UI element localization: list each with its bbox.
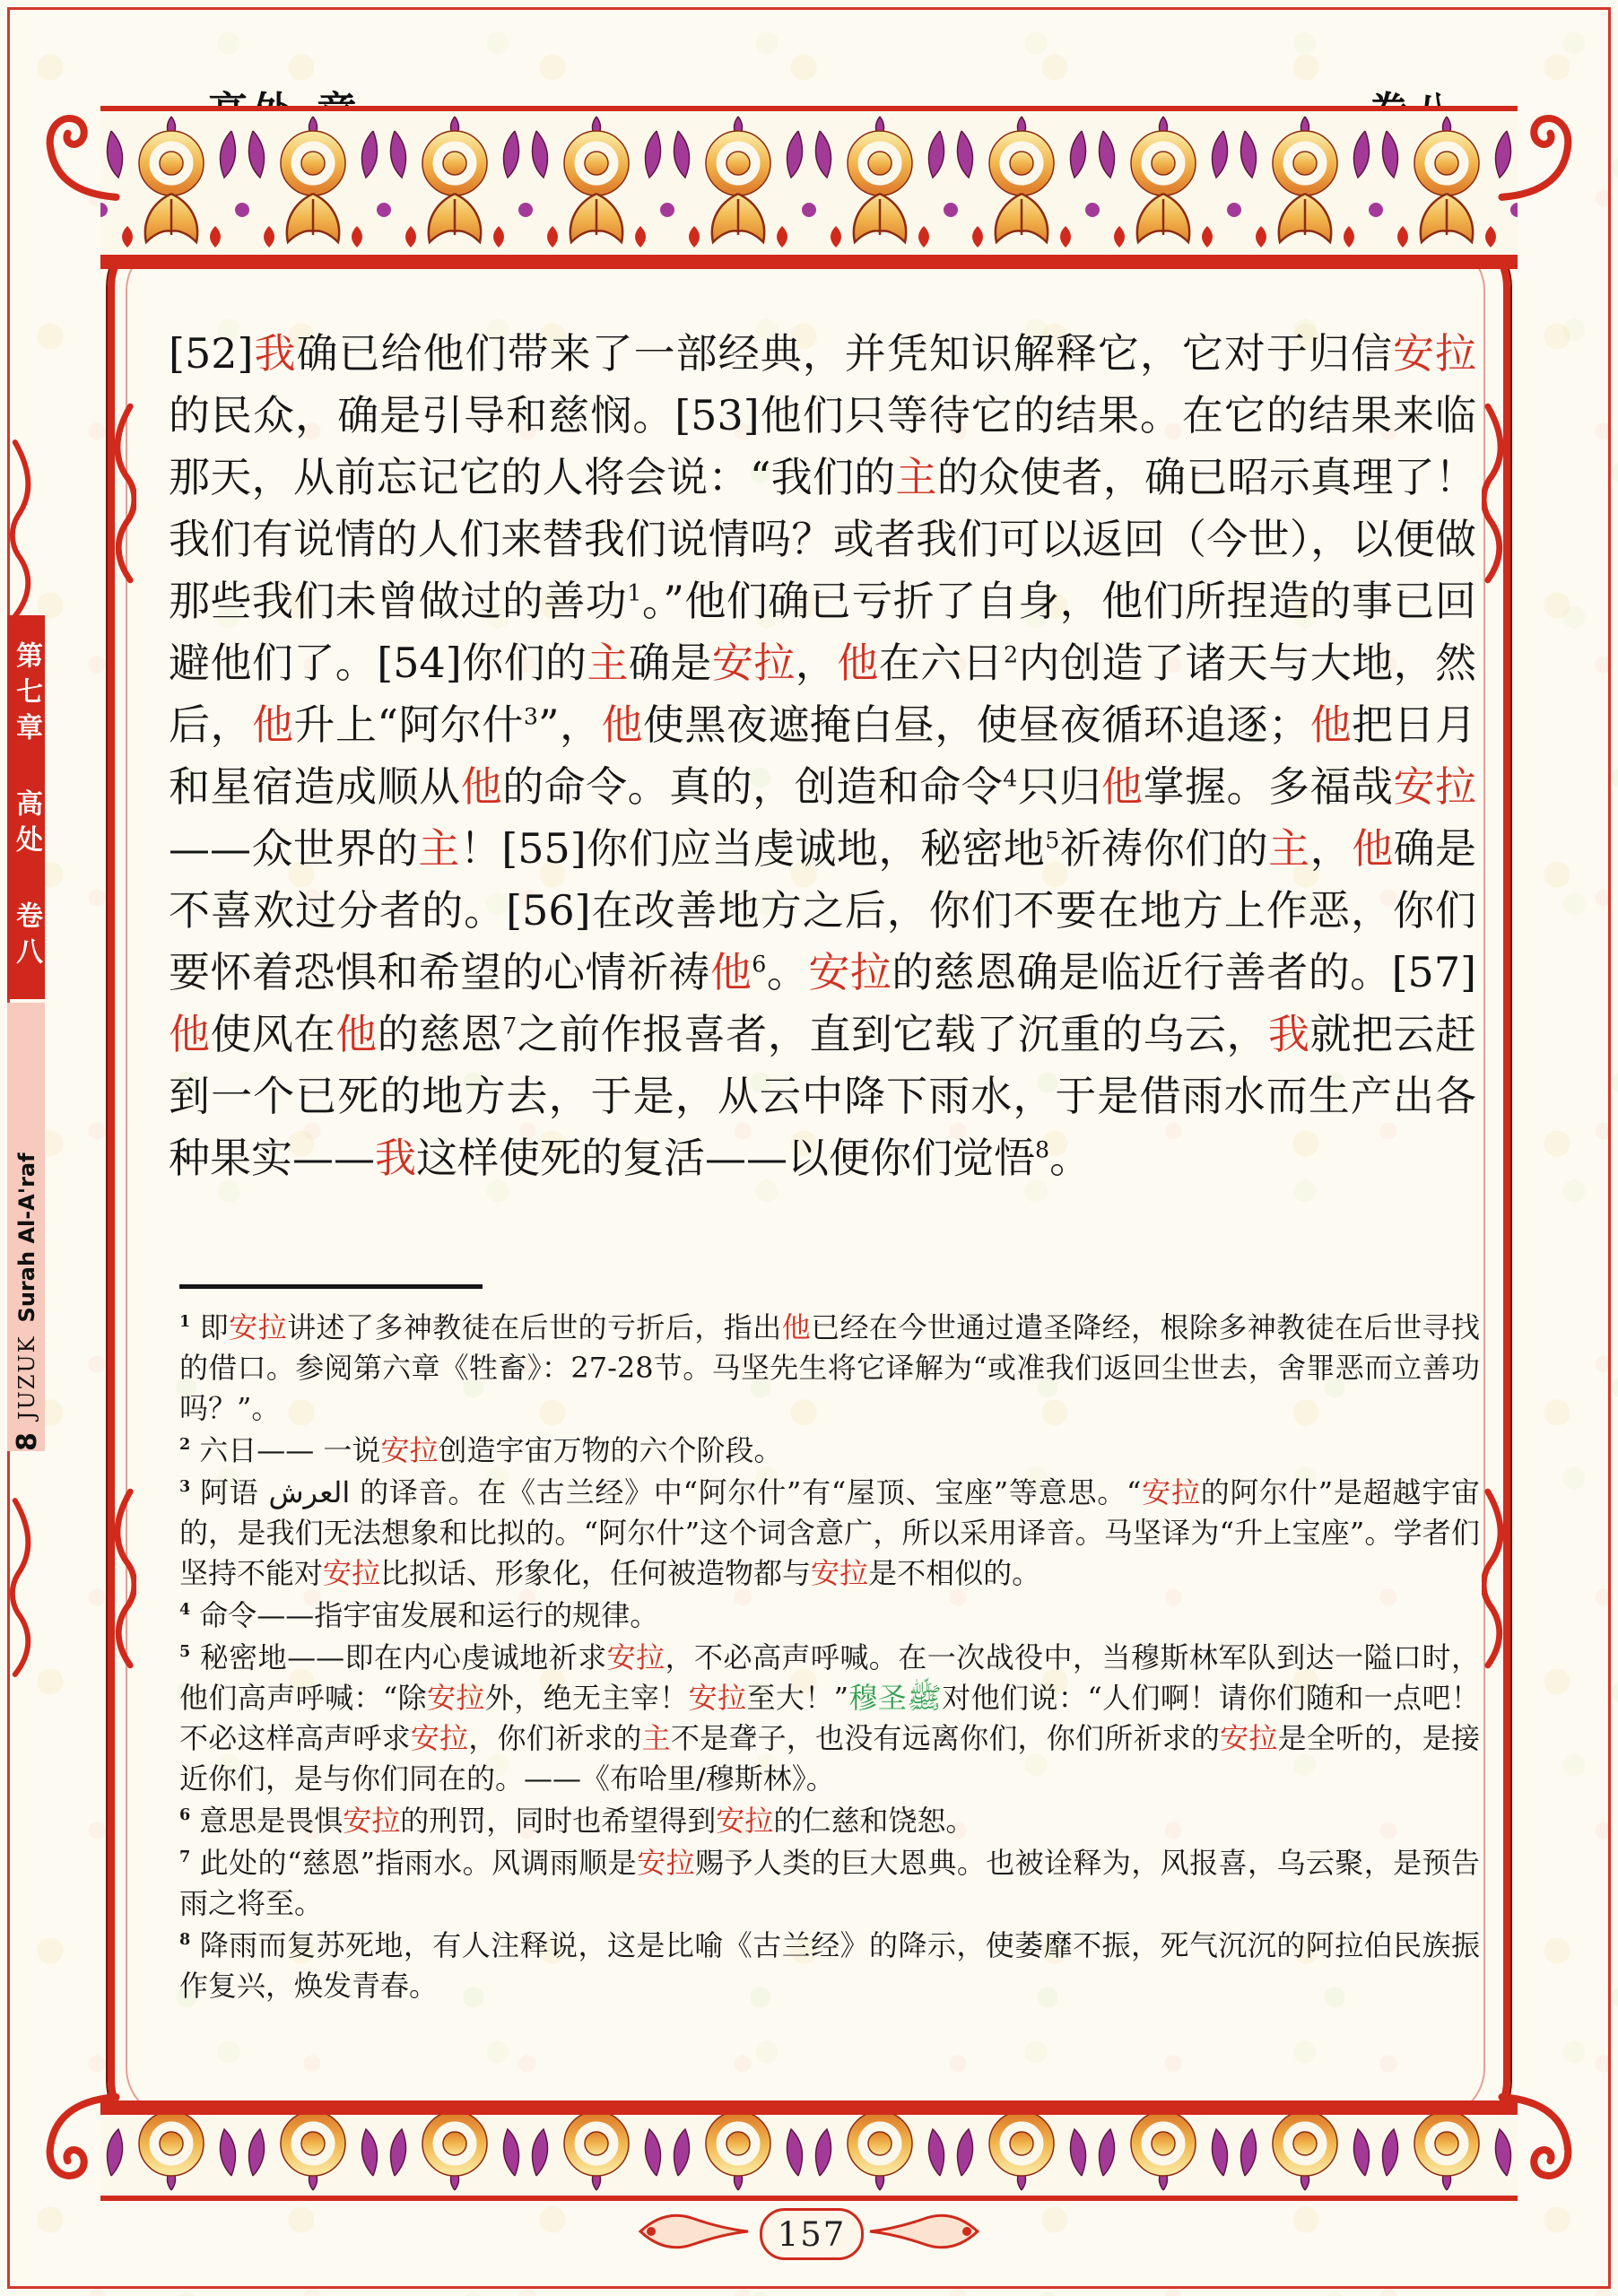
divine-name-red: 他 xyxy=(461,762,503,811)
surah-name: Surah Al-A'raf xyxy=(14,1152,39,1322)
divine-name-red: 他 xyxy=(1101,762,1144,811)
text-run: 只归 xyxy=(1017,762,1101,811)
juz-number: 8 xyxy=(12,1432,43,1451)
corner-scroll-icon xyxy=(39,106,120,204)
footnote-item: 2六日—— 一说安拉创造宇宙万物的六个阶段。 xyxy=(179,1431,1480,1471)
text-run: 的仁慈和饶恕。 xyxy=(773,1804,974,1838)
footnote-item: 8降雨而复苏死地，有人注释说，这是比喻《古兰经》的降示，使萎靡不振，死气沉沉的阿… xyxy=(179,1926,1480,2006)
text-run: ！[55]你们应当虔诚地，秘密地 xyxy=(460,824,1045,873)
flourish-wing-icon xyxy=(866,2205,983,2258)
divine-name-red: 安拉 xyxy=(637,1846,695,1880)
divine-name-red: 他 xyxy=(837,639,878,687)
text-run: 此处的“慈恩”指雨水。风调雨顺是 xyxy=(199,1846,637,1880)
divine-name-red: 安拉 xyxy=(427,1681,485,1715)
text-run: 至大！” xyxy=(746,1681,848,1715)
divine-name-red: 我 xyxy=(253,329,296,378)
divine-name-red: 安拉 xyxy=(380,1433,438,1467)
divine-name-red: 他 xyxy=(252,700,293,749)
divine-name-red: 安拉 xyxy=(716,1804,773,1838)
divine-name-red: 安拉 xyxy=(1141,1475,1200,1509)
divine-name-red: 我 xyxy=(375,1134,416,1182)
text-run: 升上“阿尔什 xyxy=(293,700,523,749)
text-run: ， xyxy=(796,639,837,687)
book-page: 高处 章 卷八 第七章 高处 卷八 8 JUZUK Surah Al-A'raf… xyxy=(0,0,1618,2296)
text-run: 即 xyxy=(199,1310,229,1344)
divine-name-red: 他 xyxy=(169,1010,211,1058)
vine-ornament-icon xyxy=(106,1471,136,1686)
vine-ornament-icon xyxy=(106,386,136,601)
footnote-ref-sup: 4 xyxy=(1003,766,1017,792)
text-run: 的刑罚，同时也希望得到 xyxy=(400,1804,716,1838)
top-arabesque-band xyxy=(100,106,1518,269)
divine-name-red: 主 xyxy=(418,824,459,873)
footnote-ref-sup: 7 xyxy=(502,1013,517,1039)
footnote-item: 3阿语 العرش 的译音。在《古兰经》中“阿尔什”有“屋顶、宝座”等意思。“安… xyxy=(179,1473,1480,1594)
prophet-honorific-green: 穆圣ﷺ xyxy=(848,1681,942,1715)
text-run: ， xyxy=(1310,824,1352,873)
divine-name-red: 安拉 xyxy=(607,1640,665,1674)
text-run: 六日—— 一说 xyxy=(199,1433,380,1467)
text-run: 掌握。多福哉 xyxy=(1143,762,1393,811)
vine-ornament-icon xyxy=(1482,1471,1512,1686)
footnote-number: 8 xyxy=(179,1930,190,1949)
divine-name-red: 他 xyxy=(335,1010,378,1058)
footnote-number: 4 xyxy=(179,1600,190,1619)
text-run: 。 xyxy=(766,948,808,996)
text-run: 使黑夜遮掩白昼，使昼夜循环追逐； xyxy=(643,700,1309,749)
divine-name-red: 安拉 xyxy=(811,1556,868,1590)
footnote-ref-sup: 6 xyxy=(752,952,766,978)
text-run: ”， xyxy=(538,700,601,749)
corner-scroll-icon xyxy=(1498,2090,1579,2188)
divine-name-red: 安拉 xyxy=(712,639,796,687)
text-run: 这样使死的复活——以便你们觉悟 xyxy=(416,1134,1035,1182)
footnote-item: 7此处的“慈恩”指雨水。风调雨顺是安拉赐予人类的巨大恩典。也被诠释为，风报喜，乌… xyxy=(179,1843,1480,1924)
footnote-item: 5秘密地——即在内心虔诚地祈求安拉，不必高声呼喊。在一次战役中，当穆斯林军队到达… xyxy=(179,1638,1480,1799)
text-run: 阿语 العرش 的译音。在《古兰经》中“阿尔什”有“屋顶、宝座”等意思。“ xyxy=(199,1475,1141,1509)
divine-name-red: 安拉 xyxy=(1220,1721,1277,1755)
text-run: 不是聋子，也没有远离你们，你们所祈求的 xyxy=(671,1721,1220,1755)
text-run: 意思是畏惧 xyxy=(199,1804,343,1838)
text-run: 创造宇宙万物的六个阶段。 xyxy=(438,1433,782,1467)
text-run: [52] xyxy=(169,329,253,378)
divine-name-red: 安拉 xyxy=(411,1721,468,1755)
text-run: 是不相似的。 xyxy=(868,1556,1040,1590)
footnotes-list: 1即安拉讲述了多神教徒在后世的亏折后，指出他已经在今世通过遣圣降经，根除多神教徒… xyxy=(179,1308,1480,2008)
footnote-number: 7 xyxy=(179,1848,190,1866)
footnote-item: 1即安拉讲述了多神教徒在后世的亏折后，指出他已经在今世通过遣圣降经，根除多神教徒… xyxy=(179,1308,1480,1429)
verse-text: [52]我确已给他们带来了一部经典，并凭知识解释它，它对于归信安拉的民众，确是引… xyxy=(169,323,1476,1189)
divine-name-red: 主 xyxy=(1268,824,1309,873)
sidebar-chapter-band: 第七章 高处 卷八 xyxy=(7,615,45,999)
divine-name-red: 他 xyxy=(1309,700,1352,749)
text-run: ——众世界的 xyxy=(169,824,418,873)
footnote-ref-sup: 2 xyxy=(1004,642,1018,668)
divine-name-red: 他 xyxy=(782,1310,811,1344)
divine-name-red: 安拉 xyxy=(1394,762,1477,811)
sidebar-juz-rotated-label: 8 JUZUK Surah Al-A'raf xyxy=(9,1003,45,1451)
page-number: 157 xyxy=(760,2208,864,2260)
bottom-arabesque-band xyxy=(100,2100,1518,2201)
text-run: 在六日 xyxy=(879,639,1004,687)
footnote-number: 5 xyxy=(179,1642,190,1661)
vine-ornament-icon xyxy=(1482,386,1512,601)
flourish-wing-icon xyxy=(635,2205,752,2258)
footnote-ref-sup: 1 xyxy=(627,580,641,606)
footnote-number: 2 xyxy=(179,1435,190,1454)
divine-name-red: 安拉 xyxy=(229,1310,287,1344)
text-run: 讲述了多神教徒在后世的亏折后，指出 xyxy=(287,1310,782,1344)
footnote-number: 3 xyxy=(179,1477,190,1496)
text-run: 命令——指宇宙发展和运行的规律。 xyxy=(199,1598,658,1632)
footnote-item: 4命令——指宇宙发展和运行的规律。 xyxy=(179,1596,1480,1636)
footnote-divider xyxy=(179,1284,483,1289)
text-run: 之前作报喜者，直到它载了沉重的乌云， xyxy=(517,1010,1268,1058)
footnote-number: 6 xyxy=(179,1805,190,1824)
arabesque-pattern xyxy=(100,2115,1518,2196)
footnote-item: 6意思是畏惧安拉的刑罚，同时也希望得到安拉的仁慈和饶恕。 xyxy=(179,1801,1480,1841)
text-run: 比拟话、形象化，任何被造物都与 xyxy=(380,1556,811,1590)
text-run: 的命令。真的，创造和命令 xyxy=(502,762,1003,811)
divine-name-red: 主 xyxy=(895,453,936,501)
divine-name-red: 主 xyxy=(587,639,628,687)
corner-scroll-icon xyxy=(39,2090,120,2188)
divine-name-red: 安拉 xyxy=(323,1556,380,1590)
divine-name-red: 他 xyxy=(710,948,752,996)
sidebar-flourish-icon xyxy=(9,422,39,637)
footnote-ref-sup: 8 xyxy=(1035,1137,1049,1163)
arabesque-pattern xyxy=(100,111,1518,255)
sidebar-flourish-icon xyxy=(9,1480,39,1695)
text-run: 的慈恩确是临近行善者的。[57] xyxy=(892,948,1476,996)
text-run: 外，绝无主宰！ xyxy=(485,1681,689,1715)
corner-scroll-icon xyxy=(1498,106,1579,204)
page-number-area: 157 xyxy=(0,2205,1618,2267)
text-run: 的慈恩 xyxy=(378,1010,503,1058)
sidebar-juz-band: 8 JUZUK Surah Al-A'raf xyxy=(7,1003,45,1451)
footnote-number: 1 xyxy=(179,1312,190,1331)
text-run: 使风在 xyxy=(211,1010,336,1058)
footnote-ref-sup: 3 xyxy=(524,704,538,730)
text-run: 降雨而复苏死地，有人注释说，这是比喻《古兰经》的降示，使萎靡不振，死气沉沉的阿拉… xyxy=(179,1928,1480,2003)
divine-name-red: 安拉 xyxy=(1393,329,1476,378)
divine-name-red: 我 xyxy=(1268,1010,1310,1058)
text-run: 秘密地——即在内心虔诚地祈求 xyxy=(199,1640,606,1674)
divine-name-red: 安拉 xyxy=(343,1804,400,1838)
text-run: 。 xyxy=(1049,1134,1091,1182)
text-run: ，你们祈求的 xyxy=(468,1721,641,1755)
divine-name-red: 他 xyxy=(1352,824,1393,873)
text-run: 确已给他们带来了一部经典，并凭知识解释它，它对于归信 xyxy=(296,329,1393,378)
text-run: 确是 xyxy=(629,639,712,687)
text-run: 祈祷你们的 xyxy=(1059,824,1268,873)
divine-name-red: 主 xyxy=(642,1721,671,1755)
footnote-ref-sup: 5 xyxy=(1045,828,1059,854)
juz-word: JUZUK xyxy=(14,1335,39,1420)
divine-name-red: 安拉 xyxy=(689,1681,747,1715)
sidebar-chapter-label: 第七章 高处 卷八 xyxy=(7,641,45,973)
divine-name-red: 他 xyxy=(601,700,642,749)
divine-name-red: 安拉 xyxy=(808,948,892,996)
